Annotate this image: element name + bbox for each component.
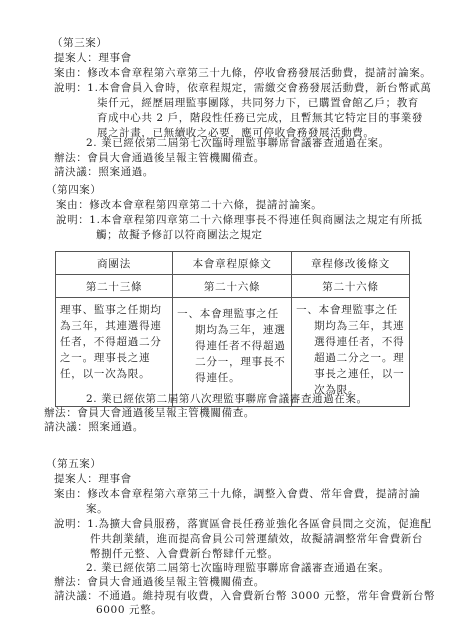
case4-title: （第四案） (46, 183, 102, 197)
cell-text: 理事、監事之任期均為三年，其連選得連任者，不得超過二分之一。理事長之連任，以一次… (60, 302, 169, 382)
case5-resolution: 請決議：不通過。維持現有收費，入會費新台幣 3000 元整，常年會費新台幣 (54, 589, 435, 603)
table-cell: 第二十六條 (173, 275, 292, 298)
table-cell: 理事、監事之任期均為三年，其連選得連任者，不得超過二分之一。理事長之連任，以一次… (56, 298, 173, 407)
case3-explanation-1-cont: 柒仟元，經歷屆理監事團隊，共同努力下，已購置會館乙戶；教育 (97, 96, 419, 110)
table-cell: 第二十三條 (56, 275, 173, 298)
case5-explanation-1: 說明：1.為擴大會員服務，落實區會長任務並強化各區會員間之交流，促進配 (54, 517, 432, 531)
table-row-body: 理事、監事之任期均為三年，其連選得連任者，不得超過二分之一。理事長之連任，以一次… (56, 298, 410, 407)
table-header: 本會章程原條文 (173, 252, 292, 275)
case3-proposer: 提案人：理事會 (54, 51, 132, 65)
cell-text: 一、本會理監事之任期均為三年，其連選得連任者，不得超過二分之一。理事長之連任，以… (296, 302, 406, 398)
table-header: 章程修改後條文 (292, 252, 410, 275)
case5-reason-cont: 案。 (86, 502, 108, 516)
case3-title: （第三案） (52, 36, 108, 50)
table-row-article: 第二十三條 第二十六條 第二十六條 (56, 275, 410, 298)
case4-reason: 案由：修改本會章程第四章第二十六條，提請討論案。 (56, 198, 322, 212)
comparison-table: 商團法 本會章程原條文 章程修改後條文 第二十三條 第二十六條 第二十六條 理事… (55, 251, 410, 407)
case5-title: （第五案） (46, 457, 102, 471)
case5-explanation-2: 2. 業已經依第二屆第七次臨時理監事聯席會議審查通過在案。 (86, 561, 390, 575)
case5-explanation-1-cont2: 幣捌仟元整、入會費新台幣肆仟元整。 (90, 547, 279, 561)
case5-reason: 案由：修改本會章程第六章第三十九條，調整入會費、常年會費，提請討論 (54, 487, 420, 501)
case3-reason: 案由：修改本會章程第六章第三十九條，停收會務發展活動費，提請討論案。 (54, 66, 431, 80)
case4-explanation-2: 2. 業已經依第二屆第八次理監事聯席會議審查通過在案。 (86, 392, 368, 406)
table-cell: 一、本會理監事之任期均為三年，其連選得連任者，不得超過二分之一。理事長之連任，以… (292, 298, 410, 407)
cell-text: 一、本會理監事之任期均為三年，連選得連任者不得超過二分一，理事長不得連任。 (177, 306, 288, 386)
case5-method: 辦法：會員大會通過後呈報主管機關備查。 (54, 575, 265, 589)
case5-proposer: 提案人：理事會 (54, 472, 132, 486)
case3-method: 辦法：會員大會通過後呈報主管機關備查。 (54, 151, 265, 165)
table-header-row: 商團法 本會章程原條文 章程修改後條文 (56, 252, 410, 275)
case3-explanation-1-cont2: 育成中心共 2 戶，階段性任務已完成，且暫無其它特定目的事業發 (97, 111, 423, 125)
case4-method: 辦法：會員大會通過後呈報主管機關備查。 (44, 406, 255, 420)
case4-explanation-1: 說明：1.本會章程第四章第二十六條理事長不得連任與商團法之規定有所抵 (56, 213, 422, 227)
case5-explanation-1-cont: 件共創業績，進而提高會員公司營運績效，故擬請調整常年會費新台 (90, 532, 423, 546)
case5-resolution-cont: 6000 元整。 (96, 603, 162, 617)
table-cell: 一、本會理監事之任期均為三年，連選得連任者不得超過二分一，理事長不得連任。 (173, 298, 292, 407)
case3-resolution: 請決議：照案通過。 (54, 165, 154, 179)
table-header: 商團法 (56, 252, 173, 275)
case4-resolution: 請決議：照案通過。 (44, 420, 144, 434)
case4-explanation-1-cont: 觸；故擬予修訂以符商團法之規定 (96, 228, 263, 242)
case3-explanation-1: 說明：1.本會會員入會時，依章程規定，需繳交會務發展活動費，新台幣貳萬 (54, 81, 432, 95)
case3-explanation-2: 2. 業已經依第二屆第七次臨時理監事聯席會議審查通過在案。 (86, 136, 390, 150)
table-cell: 第二十六條 (292, 275, 410, 298)
